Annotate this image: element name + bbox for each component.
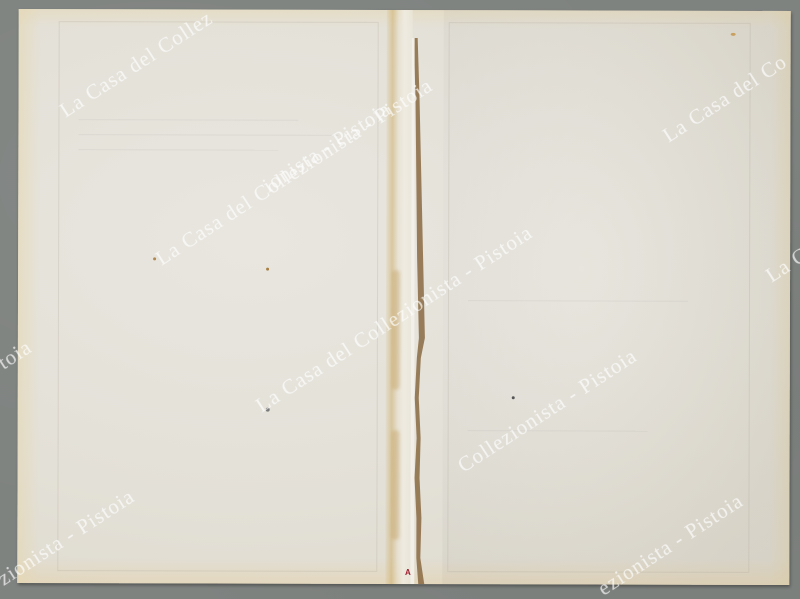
left-plate-mark xyxy=(57,21,378,572)
foxing-spot xyxy=(731,33,736,36)
foxing-spot xyxy=(512,396,515,399)
foxing-spot xyxy=(266,268,269,271)
page-label: A xyxy=(405,568,411,577)
fold-stain xyxy=(391,430,399,540)
